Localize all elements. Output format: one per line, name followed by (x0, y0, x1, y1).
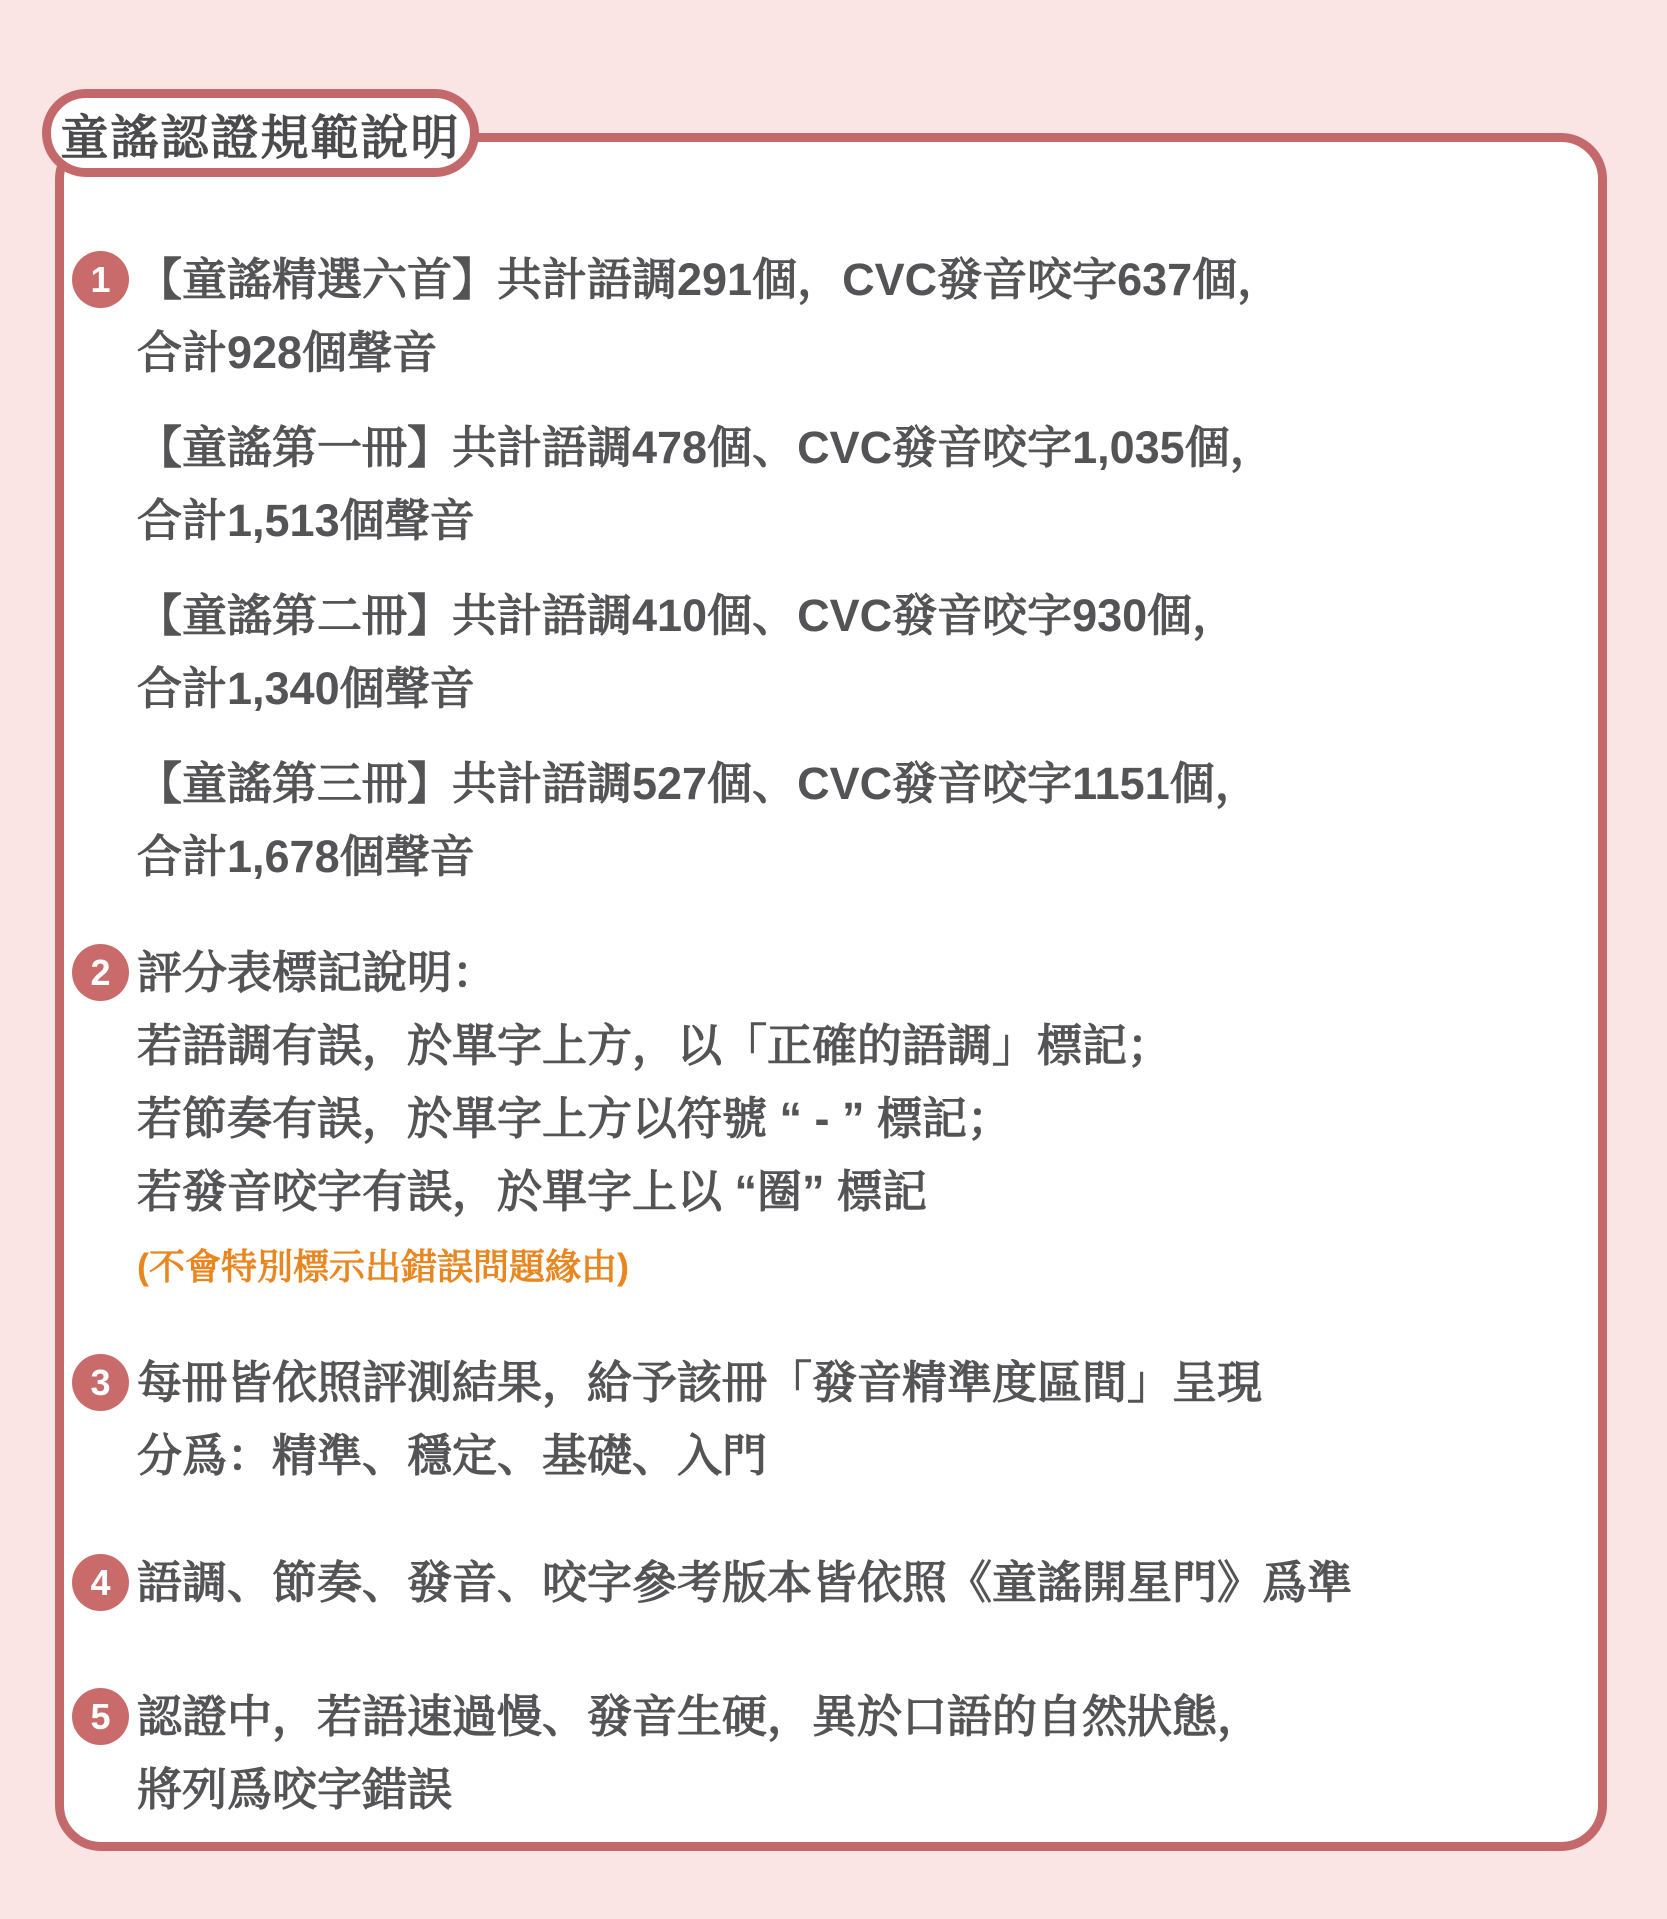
title-pill: 童謠認證規範說明 (42, 89, 479, 177)
item-5-text: 認證中，若語速過慢、發音生硬，異於口語的自然狀態， 將列爲咬字錯誤 (137, 1680, 1262, 1826)
item-1-paragraph-3: 【童謠第二冊】共計語調410個、CVC發音咬字930個， 合計1,340個聲音 (137, 579, 1282, 725)
text-line: 每冊皆依照評測結果，給予該冊「發音精準度區間」呈現 (137, 1346, 1262, 1419)
list-item-1: 1 【童謠精選六首】共計語調291個，CVC發音咬字637個， 合計928個聲音… (72, 243, 1578, 893)
text-line: 若節奏有誤，於單字上方以符號 “ - ” 標記； (137, 1082, 1172, 1155)
item-2-number: 2 (90, 952, 110, 994)
text-line: 將列爲咬字錯誤 (137, 1753, 1262, 1826)
text-line: 評分表標記說明： (137, 936, 1172, 1009)
text-line: 分爲：精準、穩定、基礎、入門 (137, 1419, 1262, 1492)
text-line: 【童謠第三冊】共計語調527個、CVC發音咬字1151個， (137, 747, 1282, 820)
text-line: 【童謠第二冊】共計語調410個、CVC發音咬字930個， (137, 579, 1282, 652)
text-line: 合計1,513個聲音 (137, 484, 1282, 557)
item-3-text: 每冊皆依照評測結果，給予該冊「發音精準度區間」呈現 分爲：精準、穩定、基礎、入門 (137, 1346, 1262, 1492)
text-line: 合計1,678個聲音 (137, 820, 1282, 893)
list-item-4: 4 語調、節奏、發音、咬字參考版本皆依照《童謠開星門》爲準 (72, 1546, 1578, 1619)
item-2-number-badge: 2 (72, 944, 129, 1001)
text-line: 合計928個聲音 (137, 316, 1282, 389)
item-1-paragraph-2: 【童謠第一冊】共計語調478個、CVC發音咬字1,035個， 合計1,513個聲… (137, 411, 1282, 557)
list-item-3: 3 每冊皆依照評測結果，給予該冊「發音精準度區間」呈現 分爲：精準、穩定、基礎、… (72, 1346, 1578, 1492)
page-background: 1 【童謠精選六首】共計語調291個，CVC發音咬字637個， 合計928個聲音… (0, 0, 1667, 1919)
item-2-note: (不會特別標示出錯誤問題緣由) (137, 1244, 1172, 1290)
item-3-number: 3 (90, 1362, 110, 1404)
list-item-5: 5 認證中，若語速過慢、發音生硬，異於口語的自然狀態， 將列爲咬字錯誤 (72, 1680, 1578, 1826)
item-3-number-badge: 3 (72, 1354, 129, 1411)
item-1-number-badge: 1 (72, 251, 129, 308)
text-line: 若語調有誤，於單字上方，以「正確的語調」標記； (137, 1009, 1172, 1082)
item-1-paragraph-1: 【童謠精選六首】共計語調291個，CVC發音咬字637個， 合計928個聲音 (137, 243, 1282, 389)
text-line: 語調、節奏、發音、咬字參考版本皆依照《童謠開星門》爲準 (137, 1546, 1352, 1619)
item-1-text: 【童謠精選六首】共計語調291個，CVC發音咬字637個， 合計928個聲音 【… (137, 243, 1282, 893)
text-line: 認證中，若語速過慢、發音生硬，異於口語的自然狀態， (137, 1680, 1262, 1753)
content-card: 1 【童謠精選六首】共計語調291個，CVC發音咬字637個， 合計928個聲音… (55, 133, 1607, 1851)
text-line: 若發音咬字有誤，於單字上以 “圈” 標記 (137, 1155, 1172, 1228)
item-1-number: 1 (90, 259, 110, 301)
text-line: 【童謠第一冊】共計語調478個、CVC發音咬字1,035個， (137, 411, 1282, 484)
item-4-number-badge: 4 (72, 1554, 129, 1611)
list-item-2: 2 評分表標記說明： 若語調有誤，於單字上方，以「正確的語調」標記； 若節奏有誤… (72, 936, 1578, 1290)
item-1-paragraph-4: 【童謠第三冊】共計語調527個、CVC發音咬字1151個， 合計1,678個聲音 (137, 747, 1282, 893)
item-5-number-badge: 5 (72, 1688, 129, 1745)
item-5-number: 5 (90, 1696, 110, 1738)
page-title: 童謠認證規範說明 (60, 99, 460, 168)
item-2-text: 評分表標記說明： 若語調有誤，於單字上方，以「正確的語調」標記； 若節奏有誤，於… (137, 936, 1172, 1290)
item-4-text: 語調、節奏、發音、咬字參考版本皆依照《童謠開星門》爲準 (137, 1546, 1352, 1619)
item-4-number: 4 (90, 1562, 110, 1604)
text-line: 【童謠精選六首】共計語調291個，CVC發音咬字637個， (137, 243, 1282, 316)
text-line: 合計1,340個聲音 (137, 652, 1282, 725)
